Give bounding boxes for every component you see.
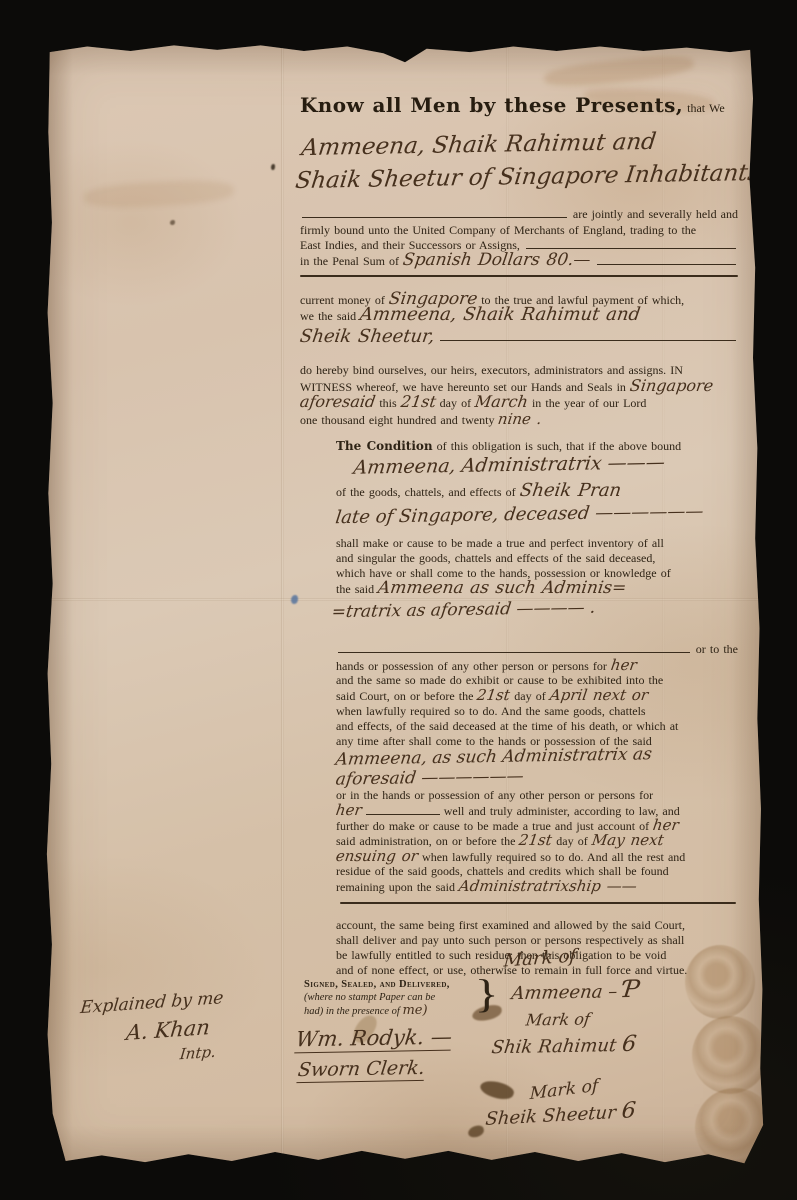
section-rule bbox=[340, 902, 736, 904]
section-rule bbox=[300, 275, 738, 277]
mark-glyph: 6 bbox=[621, 1032, 638, 1057]
attestation-text: had) in the presence of bbox=[304, 1006, 400, 1017]
mark-name-handwritten: Sheik Sheetur 6 bbox=[484, 1098, 636, 1131]
aforesaid-handwritten: aforesaid —————— bbox=[335, 766, 525, 789]
form-line: said Court, on or before the 21st day of… bbox=[336, 688, 738, 703]
condition-lead-line: The Condition of this obligation is such… bbox=[336, 439, 738, 453]
day-handwritten: 21st bbox=[400, 395, 437, 409]
obligor-names-handwritten: Shaik Sheetur of Singapore Inhabitants bbox=[294, 160, 761, 194]
interpreter-line-handwritten: Explained by me bbox=[79, 988, 224, 1018]
blue-fiber-fleck bbox=[291, 595, 298, 604]
form-line: or in the hands or possession of any oth… bbox=[336, 788, 738, 802]
form-line: of the goods, chattels, and effects of S… bbox=[336, 484, 738, 499]
form-line: residue of the said goods, chattels and … bbox=[336, 864, 738, 878]
form-text: we the said bbox=[300, 309, 356, 323]
form-line: the said Ammeena as such Adminis= bbox=[336, 581, 738, 596]
place-handwritten: Singapore bbox=[629, 379, 714, 393]
wax-seal-impression bbox=[692, 1016, 768, 1094]
blank-rule bbox=[526, 248, 736, 249]
attestation-block: Signed, Sealed, and Delivered, (where no… bbox=[304, 978, 480, 1018]
month-handwritten: March bbox=[474, 395, 529, 409]
form-line: shall make or cause to be made a true an… bbox=[336, 536, 738, 550]
paper-fleck bbox=[170, 220, 175, 225]
form-line: hands or possession of any other person … bbox=[336, 658, 738, 673]
administratrixship-handwritten: Administratrixship —— bbox=[458, 879, 638, 893]
blank-rule bbox=[302, 217, 567, 218]
form-line: said administration, on or before the 21… bbox=[336, 833, 738, 848]
mark-name-handwritten: Shik Rahimut 6 bbox=[490, 1032, 637, 1060]
blank-rule bbox=[597, 264, 736, 265]
ink-bleed-stain bbox=[543, 52, 694, 90]
attestation-line: (where no stampt Paper can be bbox=[304, 991, 480, 1004]
form-line: one thousand eight hundred and twenty ni… bbox=[300, 412, 738, 427]
photo-background: Know all Men by these Presents, that We … bbox=[0, 0, 797, 1200]
form-text: day of bbox=[514, 689, 545, 703]
penal-sum-handwritten: Spanish Dollars 80.— bbox=[402, 253, 591, 267]
form-line: shall deliver and pay unto such person o… bbox=[336, 933, 738, 947]
administratrix-handwritten: Ammeena as such Adminis= bbox=[377, 581, 627, 595]
form-text: one thousand eight hundred and twenty bbox=[300, 413, 494, 427]
document-paper: Know all Men by these Presents, that We … bbox=[44, 42, 766, 1170]
form-text: in the Penal Sum of bbox=[300, 254, 399, 268]
form-text: well and truly administer, according to … bbox=[444, 804, 680, 818]
me-handwritten: me) bbox=[402, 1003, 427, 1018]
form-line: ensuing or when lawfully required so to … bbox=[336, 849, 738, 864]
deceased-place-handwritten: late of Singapore, deceased —————— bbox=[334, 501, 705, 528]
month-handwritten: April next or bbox=[549, 688, 649, 702]
mark-label-handwritten: Mark of bbox=[525, 1009, 591, 1029]
interpreter-title-handwritten: Intp. bbox=[179, 1036, 315, 1064]
obligor-names-handwritten: Ammeena, Shaik Rahimut and bbox=[359, 308, 641, 322]
mark-name-text: Shik Rahimut bbox=[490, 1035, 617, 1058]
form-line: in the Penal Sum of Spanish Dollars 80.— bbox=[300, 253, 738, 268]
month-handwritten: May next bbox=[591, 833, 665, 847]
paper-fleck bbox=[271, 164, 275, 170]
mark-name-text: Sheik Sheetur bbox=[485, 1102, 617, 1130]
form-text: said administration, on or before the bbox=[336, 834, 515, 848]
clerk-signature-handwritten: Wm. Rodyk. — bbox=[294, 1025, 453, 1054]
blank-rule bbox=[440, 340, 736, 341]
ensuing-handwritten: ensuing or bbox=[335, 849, 419, 863]
pronoun-handwritten: her bbox=[652, 818, 680, 832]
blank-rule bbox=[366, 814, 440, 815]
administratrix-handwritten: Ammeena, Administratrix ——— bbox=[352, 451, 666, 478]
blackletter-heading: Know all Men by these Presents, bbox=[300, 98, 683, 112]
form-line: Sheik Sheetur, bbox=[300, 330, 738, 344]
form-text: said Court, on or before the bbox=[336, 689, 473, 703]
pronoun-handwritten: her bbox=[335, 803, 363, 817]
form-text: remaining upon the said bbox=[336, 880, 455, 894]
attestation-line: Signed, Sealed, and Delivered, bbox=[304, 978, 480, 991]
form-text: are jointly and severally held and bbox=[573, 207, 738, 221]
form-text: this bbox=[379, 396, 396, 410]
form-text: day of bbox=[556, 834, 587, 848]
form-line: do hereby bind ourselves, our heirs, exe… bbox=[300, 363, 738, 377]
heading-after: that We bbox=[687, 101, 725, 115]
day-handwritten: 21st bbox=[476, 688, 511, 702]
obligor-name-handwritten: Sheik Sheetur, bbox=[299, 330, 435, 344]
form-text: hands or possession of any other person … bbox=[336, 659, 607, 673]
form-line: firmly bound unto the United Company of … bbox=[300, 223, 738, 237]
interpreter-block: Explained by me A. Khan Intp. bbox=[80, 982, 314, 1070]
mark-glyph: Ƥ bbox=[622, 975, 642, 1003]
form-text: day of bbox=[440, 396, 471, 410]
form-line: and effects, of the said deceased at the… bbox=[336, 719, 738, 733]
year-handwritten: nine . bbox=[497, 412, 543, 426]
attestation-line: had) in the presence of me) bbox=[304, 1004, 480, 1018]
form-text: the said bbox=[336, 582, 374, 596]
form-line: and the same so made do exhibit or cause… bbox=[336, 673, 738, 687]
deceased-name-handwritten: Sheik Pran bbox=[519, 484, 622, 498]
form-line: or to the bbox=[336, 642, 738, 656]
form-text: in the year of our Lord bbox=[532, 396, 646, 410]
day-handwritten: 21st bbox=[518, 833, 553, 847]
form-line: we the said Ammeena, Shaik Rahimut and bbox=[300, 308, 738, 323]
ink-smudge bbox=[478, 1077, 515, 1103]
form-line: remaining upon the said Administratrixsh… bbox=[336, 879, 738, 894]
pronoun-handwritten: her bbox=[610, 658, 638, 672]
form-line: and singular the goods, chattels and eff… bbox=[336, 551, 738, 565]
aforesaid-handwritten: aforesaid bbox=[299, 395, 376, 409]
ink-bleed-stain bbox=[83, 178, 234, 210]
form-text: when lawfully required so to do. And all… bbox=[422, 850, 685, 864]
mark-name-handwritten: Ammeena – Ƥ bbox=[510, 975, 641, 1005]
form-line: when lawfully required so to do. And the… bbox=[336, 704, 738, 718]
form-line: aforesaid this 21st day of March in the … bbox=[300, 395, 738, 410]
document-heading-line: Know all Men by these Presents, that We bbox=[300, 98, 738, 115]
obligor-names-handwritten: Ammeena, Shaik Rahimut and bbox=[300, 129, 658, 161]
condition-blackletter: The Condition bbox=[336, 439, 433, 453]
administratrix-handwritten: =tratrix as aforesaid ———— . bbox=[330, 598, 596, 623]
mark-glyph: 6 bbox=[621, 1098, 637, 1124]
form-text: of the goods, chattels, and effects of bbox=[336, 485, 516, 499]
wax-seal-impression bbox=[695, 1088, 775, 1168]
blank-rule bbox=[338, 652, 690, 653]
ink-smudge bbox=[467, 1124, 485, 1138]
mark-name-text: Ammeena – bbox=[510, 981, 618, 1004]
clerk-title-handwritten: Sworn Clerk. bbox=[296, 1057, 426, 1083]
form-text: or to the bbox=[696, 642, 738, 656]
form-line: account, the same being first examined a… bbox=[336, 918, 738, 932]
attestation-brace: } bbox=[475, 970, 499, 1017]
form-line: are jointly and severally held and bbox=[300, 207, 738, 221]
